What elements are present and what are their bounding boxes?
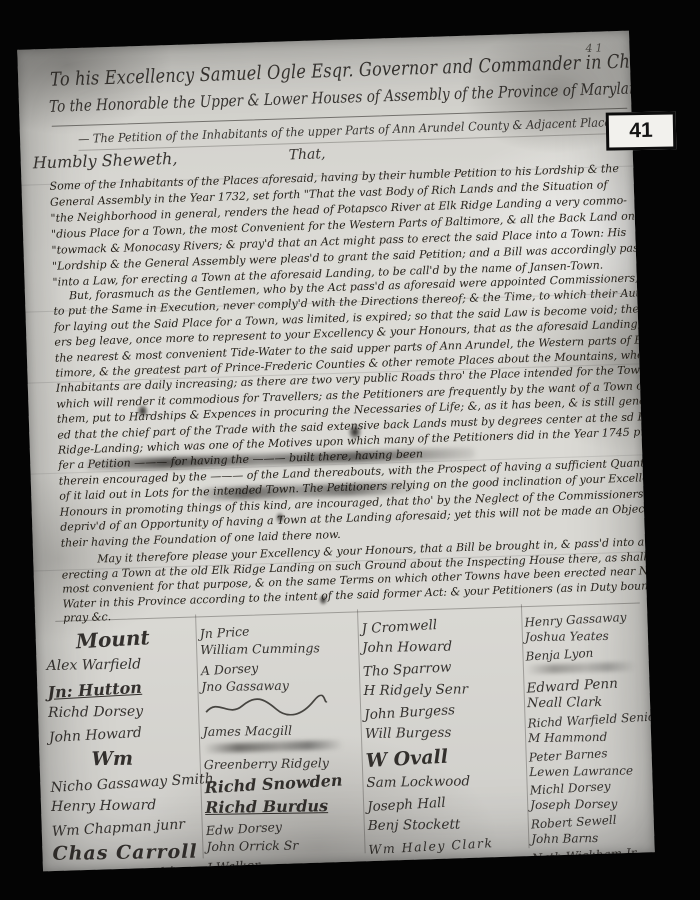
signature: John Barns: [531, 830, 652, 846]
signature: Richd Warfield Senior: [527, 710, 649, 731]
signature: James Macgill: [203, 722, 359, 739]
signature: Chas Carroll: [52, 841, 202, 865]
signature: Michl Dorsey: [529, 777, 651, 798]
signature: Peter Barnes: [528, 744, 650, 765]
signature: Benja Lyon: [525, 642, 647, 663]
signature: Wm: [49, 747, 199, 771]
page-number-sticker: 41: [606, 111, 677, 150]
signature: Edward Penn: [526, 673, 648, 696]
signature: Jno Gassaway: [201, 676, 357, 693]
signature: Benj Stockett: [368, 815, 526, 833]
salutation-that: That,: [288, 146, 325, 163]
ink-smudge: [203, 739, 343, 752]
signature: Richd Dorsey: [48, 703, 198, 721]
salutation-humbly-sheweth: Humbly Sheweth,: [33, 149, 178, 173]
signature: John Howard: [362, 637, 520, 655]
signature-column-1: Mount Alex Warfield Jn: Hutton Richd Dor…: [45, 625, 203, 872]
page-number-text: 41: [629, 119, 653, 143]
signature: Wm Haley Clark: [368, 833, 527, 857]
signature-column-4: Henry Gassaway Joshua Yeates Benja Lyon …: [524, 610, 653, 866]
signature: W Ovall: [365, 741, 524, 772]
signature: Nicho Gassaway Smith: [50, 772, 201, 796]
signature: Will Burgess: [365, 723, 523, 741]
signature: Greenberry Ridgely: [204, 754, 360, 771]
flourished-signature-scrawl: [202, 693, 359, 722]
signature: John Orrick Sr: [206, 836, 362, 853]
document-paper: 41 To his Excellency Samuel Ogle Esqr. G…: [17, 31, 655, 872]
signature: Edw Dorsey: [205, 814, 362, 838]
signature: Sam Lockwood: [366, 772, 524, 790]
signature: Jn: Hutton: [47, 675, 198, 702]
ink-smudge: [526, 661, 636, 673]
signature-block: Mount Alex Warfield Jn: Hutton Richd Dor…: [35, 606, 654, 865]
signature: Henry Howard: [51, 797, 201, 815]
signature: Nath Wickham Jr: [532, 844, 654, 865]
signature: Richd Snowden: [204, 770, 361, 798]
signature: John Howard: [48, 722, 199, 746]
signature: A Dorsey: [200, 655, 357, 679]
signature: Joseph Hall: [367, 790, 526, 815]
signature: M Hammond: [528, 729, 649, 745]
signature: Alex Warfield: [46, 656, 196, 674]
signature: Joshua Yeates: [525, 628, 646, 644]
signature: Edw Talbott: [369, 857, 527, 871]
signature: Tho Sparrow: [363, 655, 522, 680]
signature: Jn Price: [199, 618, 356, 642]
signature: J Walker: [207, 851, 364, 871]
signature: Joseph Dorsey: [530, 796, 651, 812]
signature-column-2: Jn Price William Cummings A Dorsey Jno G…: [199, 619, 363, 871]
signature-column-3: J Cromwell John Howard Tho Sparrow H Rid…: [361, 614, 527, 871]
signature: Robert Sewell: [530, 811, 652, 832]
signature: Henry Gassaway: [524, 609, 646, 630]
signature: Wm Chapman junr: [51, 816, 202, 840]
signature: H Ridgely Senr: [363, 680, 521, 698]
signature: John Burgess: [364, 698, 523, 723]
signature: Neall Clark: [527, 695, 648, 712]
signature: J Cromwell: [361, 612, 520, 637]
signature: Richd Burdus: [205, 795, 361, 816]
signature: Lewen Lawrance: [529, 763, 650, 779]
signature: William Cummings: [200, 639, 356, 656]
signature: Mount: [45, 623, 196, 655]
